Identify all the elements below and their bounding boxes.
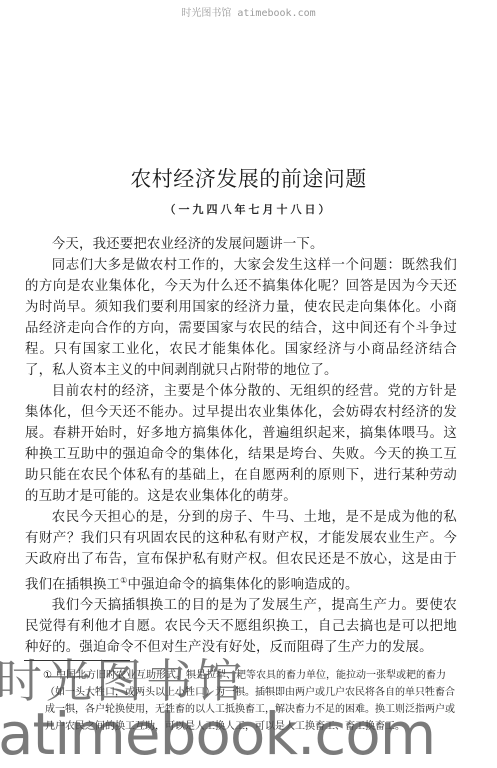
paragraph-text: 中强迫命令的搞集体化的影响造成的。: [128, 577, 359, 592]
paragraph: 目前农村的经济，主要是个体分散的、无组织的经营。党的方针是集体化，但今天还不能办…: [25, 381, 457, 507]
footnote-body: ①中国北方旧时农业互助形式。犋是拉犁、耙等农具的畜力单位，能拉动一张犁或耙的畜力…: [25, 667, 455, 735]
paragraph: 同志们大多是做农村工作的，大家会发生这样一个问题：既然我们的方向是农业集体化，今…: [25, 255, 457, 381]
watermark-header: 时光图书馆 atimebook.com: [0, 4, 497, 19]
paragraph: 今天，我还要把农业经济的发展问题讲一下。: [25, 234, 457, 255]
footnote: ①中国北方旧时农业互助形式。犋是拉犁、耙等农具的畜力单位，能拉动一张犁或耙的畜力…: [25, 667, 455, 735]
footnote-reference[interactable]: ①: [120, 576, 127, 585]
page-title: 农村经济发展的前途问题: [0, 163, 497, 193]
paragraph: 农民今天担心的是，分到的房子、牛马、土地，是不是成为他的私有财产？我们只有巩固农…: [25, 507, 457, 595]
paragraph: 我们今天搞插犋换工的目的是为了发展生产，提高生产力。要使农民觉得有利他才自愿。农…: [25, 595, 457, 658]
footnote-divider: [24, 660, 130, 661]
article-date: （一九四八年七月十八日）: [0, 201, 497, 217]
footnote-mark: ①: [43, 670, 52, 681]
article-body: 今天，我还要把农业经济的发展问题讲一下。 同志们大多是做农村工作的，大家会发生这…: [25, 234, 457, 658]
footnote-text: 中国北方旧时农业互助形式。犋是拉犁、耙等农具的畜力单位，能拉动一张犁或耙的畜力（…: [45, 670, 455, 732]
